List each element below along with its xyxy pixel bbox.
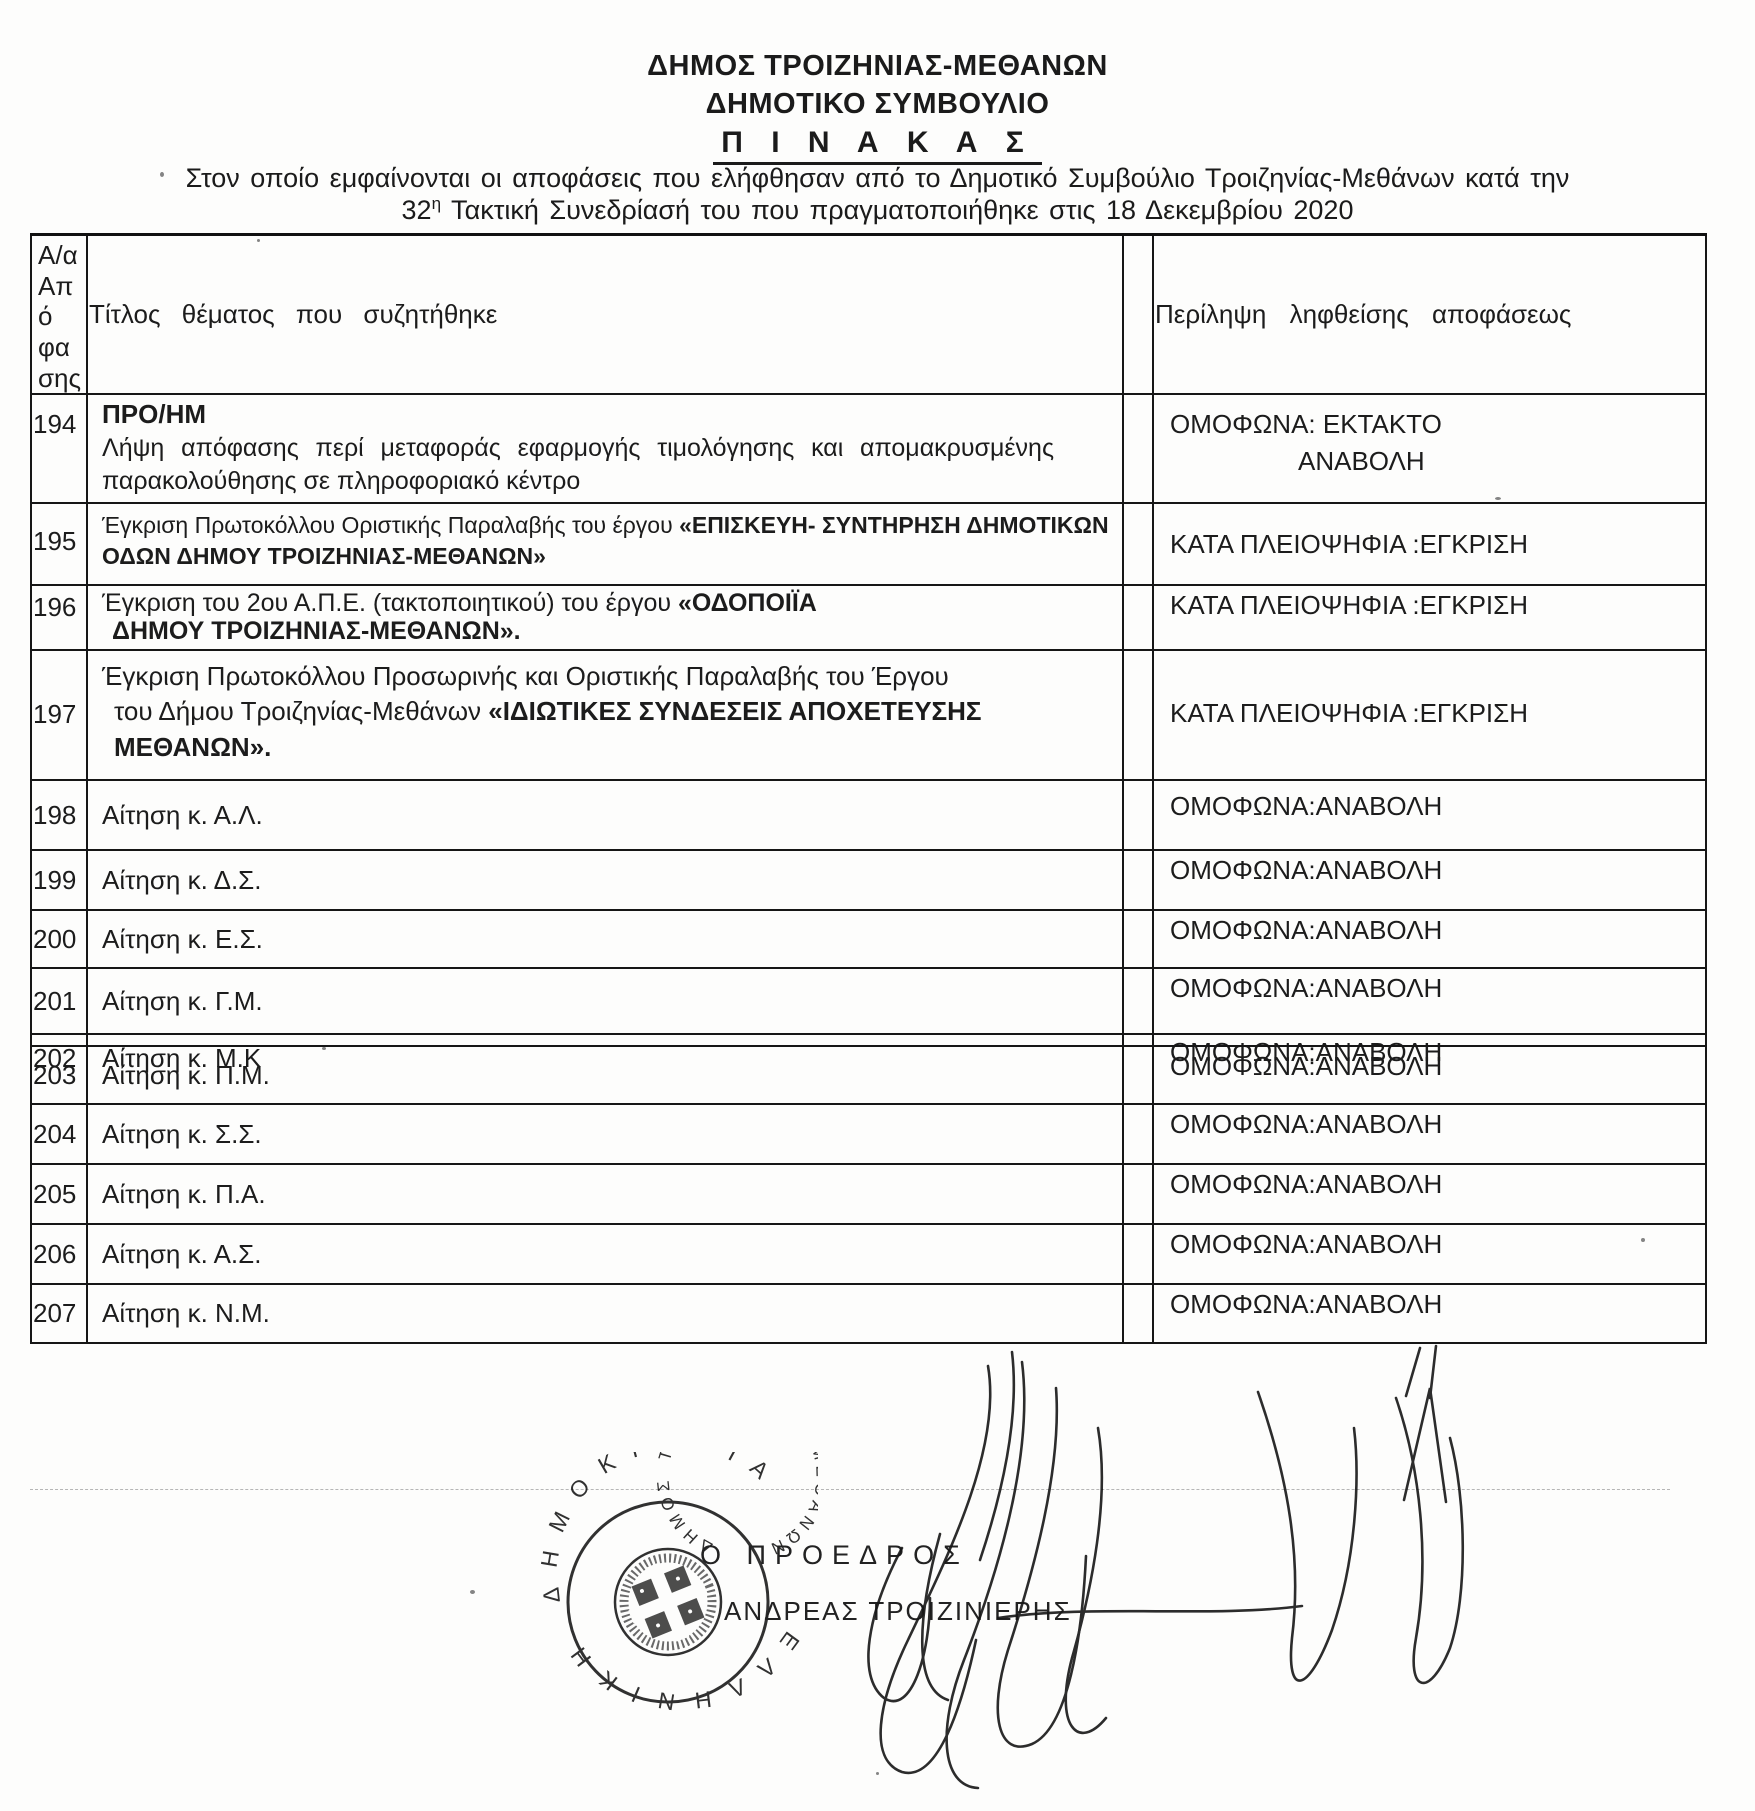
- table-row-207: 207 Αίτηση κ. Ν.Μ. ΟΜΟΦΩΝΑ:ΑΝΑΒΟΛΗ: [31, 1284, 1706, 1343]
- municipal-seal: ΕΛΛΗΝΙΚΗ ΔΗΜΟΚΡΑΤΙΑ ΔΗΜΟΣ ΤΡΟΙΖΗΝΙΑΣ - Μ…: [518, 1452, 818, 1752]
- decision-summary-cell: ΟΜΟΦΩΝΑ:ΑΝΑΒΟΛΗ: [1153, 968, 1706, 1034]
- document-title: Π Ι Ν Α Κ Α Σ: [0, 126, 1755, 165]
- table-row-198: 198 Αίτηση κ. Α.Λ. ΟΜΟΦΩΝΑ:ΑΝΑΒΟΛΗ: [31, 780, 1706, 850]
- topic-title-cell: Αίτηση κ. Δ.Σ.: [87, 850, 1123, 910]
- spacer-column: [1123, 850, 1153, 910]
- decision-number: 200: [31, 910, 87, 968]
- topic-title-cell: Αίτηση κ. Ε.Σ.: [87, 910, 1123, 968]
- spacer-column: [1123, 1164, 1153, 1224]
- topic-title-cell: ΠΡΟ/ΗΜ Λήψη απόφασης περί μεταφοράς εφαρ…: [87, 394, 1123, 503]
- spacer-column: [1123, 503, 1153, 585]
- col-header-topic: Τίτλος θέματος που συζητήθηκε: [87, 235, 1123, 395]
- decision-number: 197: [31, 650, 87, 780]
- decision-summary-cell: ΟΜΟΦΩΝΑ:ΑΝΑΒΟΛΗ: [1153, 1046, 1706, 1104]
- decision-number: 194: [31, 394, 87, 503]
- topic-title-cell: Αίτηση κ. Γ.Μ.: [87, 968, 1123, 1034]
- decision-summary-cell: ΟΜΟΦΩΝΑ:ΑΝΑΒΟΛΗ: [1153, 1224, 1706, 1284]
- table-header-row: Α/α Απ ό φα σης Τίτλος θέματος που συζητ…: [31, 235, 1706, 395]
- decision-summary-cell: ΟΜΟΦΩΝΑ:ΑΝΑΒΟΛΗ: [1153, 780, 1706, 850]
- topic-title-cell: Αίτηση κ. Α.Σ.: [87, 1224, 1123, 1284]
- topic-bold-text-line2: ΔΗΜΟΥ ΤΡΟΙΖΗΝΙΑΣ-ΜΕΘΑΝΩΝ».: [102, 618, 521, 646]
- decision-number: 195: [31, 503, 87, 585]
- topic-title-cell: Αίτηση κ. Π.Α.: [87, 1164, 1123, 1224]
- decision-number: 203: [31, 1046, 87, 1104]
- col-header-summary: Περίληψη ληφθείσης αποφάσεως: [1153, 235, 1706, 395]
- spacer-column: [1123, 650, 1153, 780]
- col-header-number: Α/α Απ ό φα σης: [31, 235, 87, 395]
- decision-number: 199: [31, 850, 87, 910]
- spacer-column: [1123, 1284, 1153, 1343]
- decision-summary-cell: ΟΜΟΦΩΝΑ:ΑΝΑΒΟΛΗ: [1153, 1164, 1706, 1224]
- council-title: ΔΗΜΟΤΙΚΟ ΣΥΜΒΟΥΛΙΟ: [0, 88, 1755, 121]
- spacer-column: [1123, 1224, 1153, 1284]
- scan-noise-speck: [1641, 1238, 1645, 1242]
- municipality-title: ΔΗΜΟΣ ΤΡΟΙΖΗΝΙΑΣ-ΜΕΘΑΝΩΝ: [0, 50, 1755, 83]
- scan-noise-speck: [160, 172, 164, 177]
- table-row-206: 206 Αίτηση κ. Α.Σ. ΟΜΟΦΩΝΑ:ΑΝΑΒΟΛΗ: [31, 1224, 1706, 1284]
- table-row-204: 204 Αίτηση κ. Σ.Σ. ΟΜΟΦΩΝΑ:ΑΝΑΒΟΛΗ: [31, 1104, 1706, 1164]
- topic-title-cell: Έγκριση Πρωτοκόλλου Οριστικής Παραλαβής …: [87, 503, 1123, 585]
- topic-title-cell: Έγκριση Πρωτοκόλλου Προσωρινής και Οριστ…: [87, 650, 1123, 780]
- table-row-199: 199 Αίτηση κ. Δ.Σ. ΟΜΟΦΩΝΑ:ΑΝΑΒΟΛΗ: [31, 850, 1706, 910]
- decision-number: 205: [31, 1164, 87, 1224]
- topic-body-text: Λήψη απόφασης περί μεταφοράς εφαρμογής τ…: [102, 432, 1054, 498]
- decision-number: 196: [31, 585, 87, 650]
- table-row-196: 196 Έγκριση του 2ου Α.Π.Ε. (τακτοποιητικ…: [31, 585, 1706, 650]
- spacer-column: [1123, 235, 1153, 395]
- decision-summary-cell: ΚΑΤΑ ΠΛΕΙΟΨΗΦΙΑ :ΕΓΚΡΙΣΗ: [1153, 650, 1706, 780]
- decision-number: 207: [31, 1284, 87, 1343]
- decision-summary-cell: ΟΜΟΦΩΝΑ: ΕΚΤΑΚΤΟ ΑΝΑΒΟΛΗ: [1153, 394, 1706, 503]
- subtitle-line1: Στον οποίο εμφαίνονται οι αποφάσεις που …: [0, 163, 1755, 194]
- decision-summary-cell: ΟΜΟΦΩΝΑ:ΑΝΑΒΟΛΗ: [1153, 850, 1706, 910]
- decision-summary-cell: ΟΜΟΦΩΝΑ:ΑΝΑΒΟΛΗ: [1153, 1104, 1706, 1164]
- spacer-column: [1123, 780, 1153, 850]
- decision-summary-cell: ΟΜΟΦΩΝΑ:ΑΝΑΒΟΛΗ: [1153, 1284, 1706, 1343]
- spacer-column: [1123, 394, 1153, 503]
- greek-cross-emblem-icon: [616, 1550, 720, 1654]
- topic-text: Έγκριση Πρωτοκόλλου Οριστικής Παραλαβής …: [102, 510, 1110, 572]
- table-row-203: 203 Αίτηση κ. Π.Μ. ΟΜΟΦΩΝΑ:ΑΝΑΒΟΛΗ: [31, 1046, 1706, 1104]
- scan-noise-speck: [470, 1590, 475, 1594]
- decision-summary-cell: ΚΑΤΑ ΠΛΕΙΟΨΗΦΙΑ :ΕΓΚΡΙΣΗ: [1153, 503, 1706, 585]
- spacer-column: [1123, 585, 1153, 650]
- decision-summary-cell: ΟΜΟΦΩΝΑ:ΑΝΑΒΟΛΗ: [1153, 910, 1706, 968]
- topic-title-cell: Αίτηση κ. Ν.Μ.: [87, 1284, 1123, 1343]
- topic-title-cell: Αίτηση κ. Α.Λ.: [87, 780, 1123, 850]
- scan-noise-speck: [257, 239, 260, 242]
- topic-text-line2: του Δήμου Τροιζηνίας-Μεθάνων «ΙΔΙΩΤΙΚΕΣ …: [102, 694, 1110, 764]
- topic-text-line1: Έγκριση Πρωτοκόλλου Προσωρινής και Οριστ…: [102, 661, 949, 691]
- table-row-197: 197 Έγκριση Πρωτοκόλλου Προσωρινής και Ο…: [31, 650, 1706, 780]
- table-row-194: 194 ΠΡΟ/ΗΜ Λήψη απόφασης περί μεταφοράς …: [31, 394, 1706, 503]
- topic-title-cell: Αίτηση κ. Σ.Σ.: [87, 1104, 1123, 1164]
- decision-summary-cell: ΚΑΤΑ ΠΛΕΙΟΨΗΦΙΑ :ΕΓΚΡΙΣΗ: [1153, 585, 1706, 650]
- session-number-suffix: η: [432, 194, 441, 213]
- topic-bold-heading: ΠΡΟ/ΗΜ: [102, 399, 206, 429]
- scanned-document-page: ΔΗΜΟΣ ΤΡΟΙΖΗΝΙΑΣ-ΜΕΘΑΝΩΝ ΔΗΜΟΤΙΚΟ ΣΥΜΒΟΥ…: [0, 0, 1755, 1811]
- decision-number: 206: [31, 1224, 87, 1284]
- decision-line-2: ΑΝΑΒΟΛΗ: [1170, 446, 1693, 477]
- scan-noise-speck: [876, 1772, 879, 1775]
- decisions-table-upper: Α/α Απ ό φα σης Τίτλος θέματος που συζητ…: [30, 233, 1707, 1082]
- decision-line-1: ΟΜΟΦΩΝΑ: ΕΚΤΑΚΤΟ: [1170, 409, 1442, 439]
- topic-title-cell: Έγκριση του 2ου Α.Π.Ε. (τακτοποιητικού) …: [87, 585, 1123, 650]
- topic-text: Έγκριση του 2ου Α.Π.Ε. (τακτοποιητικού) …: [102, 589, 678, 617]
- subtitle-line2: 32η Τακτική Συνεδρίασή του που πραγματοπ…: [0, 194, 1755, 226]
- decision-number: 198: [31, 780, 87, 850]
- signature: [780, 1340, 1500, 1810]
- table-row-201: 201 Αίτηση κ. Γ.Μ. ΟΜΟΦΩΝΑ:ΑΝΑΒΟΛΗ: [31, 968, 1706, 1034]
- spacer-column: [1123, 968, 1153, 1034]
- table-row-195: 195 Έγκριση Πρωτοκόλλου Οριστικής Παραλα…: [31, 503, 1706, 585]
- scan-noise-speck: [322, 1047, 326, 1050]
- scan-noise-speck: [1495, 497, 1501, 500]
- topic-bold-text: «ΟΔΟΠΟΙΪΑ: [678, 589, 817, 617]
- spacer-column: [1123, 1046, 1153, 1104]
- topic-title-cell: Αίτηση κ. Π.Μ.: [87, 1046, 1123, 1104]
- scan-noise-line: [30, 1489, 1670, 1490]
- spacer-column: [1123, 910, 1153, 968]
- table-row-205: 205 Αίτηση κ. Π.Α. ΟΜΟΦΩΝΑ:ΑΝΑΒΟΛΗ: [31, 1164, 1706, 1224]
- spacer-column: [1123, 1104, 1153, 1164]
- decision-number: 201: [31, 968, 87, 1034]
- decisions-table-lower: 203 Αίτηση κ. Π.Μ. ΟΜΟΦΩΝΑ:ΑΝΑΒΟΛΗ 204 Α…: [30, 1045, 1707, 1344]
- table-row-200: 200 Αίτηση κ. Ε.Σ. ΟΜΟΦΩΝΑ:ΑΝΑΒΟΛΗ: [31, 910, 1706, 968]
- decision-number: 204: [31, 1104, 87, 1164]
